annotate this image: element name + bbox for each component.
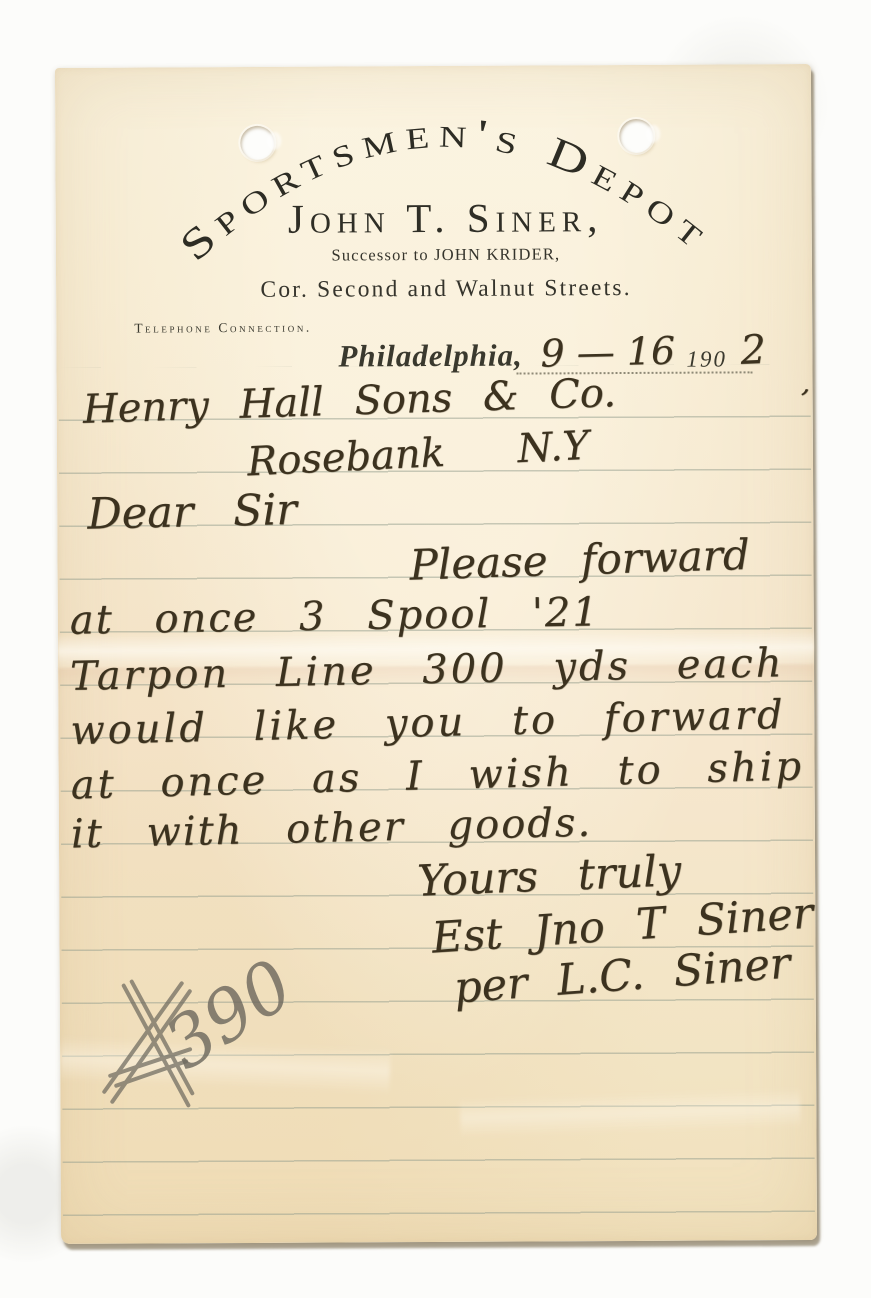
handwriting-line-recipient: Henry Hall Sons & Co. — [82, 373, 616, 430]
punch-hole-right — [619, 119, 653, 153]
handwritten-year-digit: 2 — [740, 330, 767, 371]
handwriting-line-body-4: would like you to forward — [70, 695, 786, 751]
telephone-line: Telephone Connection. — [134, 320, 312, 336]
handwriting-line-body-6: it with other goods. — [71, 803, 593, 855]
punch-hole-left — [240, 126, 274, 160]
handwriting-line-body-1: Please forward — [409, 534, 750, 587]
handwriting-line-body-2: at once 3 Spool '21 — [70, 592, 601, 640]
city-printed: Philadelphia, — [338, 338, 523, 375]
handwriting-line-body-5: at once as I wish to ship — [70, 746, 804, 805]
successor-line: Successor to JOHN KRIDER, — [331, 244, 560, 264]
address-line: Cor. Second and Walnut Streets. — [260, 275, 631, 303]
handwriting-line-salutation: Dear Sir — [87, 489, 297, 537]
pencil-notation: 390 — [89, 933, 330, 1124]
stray-ink-mark: ’ — [796, 385, 810, 414]
proprietor-name: John T. Siner, — [288, 194, 604, 242]
handwriting-line-closing: Yours truly — [416, 850, 682, 904]
handwriting-line-place: Rosebank N.Y — [246, 426, 590, 483]
wrinkle-lower-right — [460, 1088, 801, 1139]
handwritten-date: 9 — 16 — [540, 332, 676, 373]
year-printed-prefix: 190 — [686, 346, 727, 372]
letter-page: Sportsmen's Depot, John T. Siner, Succes… — [55, 64, 817, 1244]
handwriting-line-body-3: Tarpon Line 300 yds each — [70, 643, 785, 697]
letterhead: Sportsmen's Depot, John T. Siner, Succes… — [55, 64, 815, 368]
